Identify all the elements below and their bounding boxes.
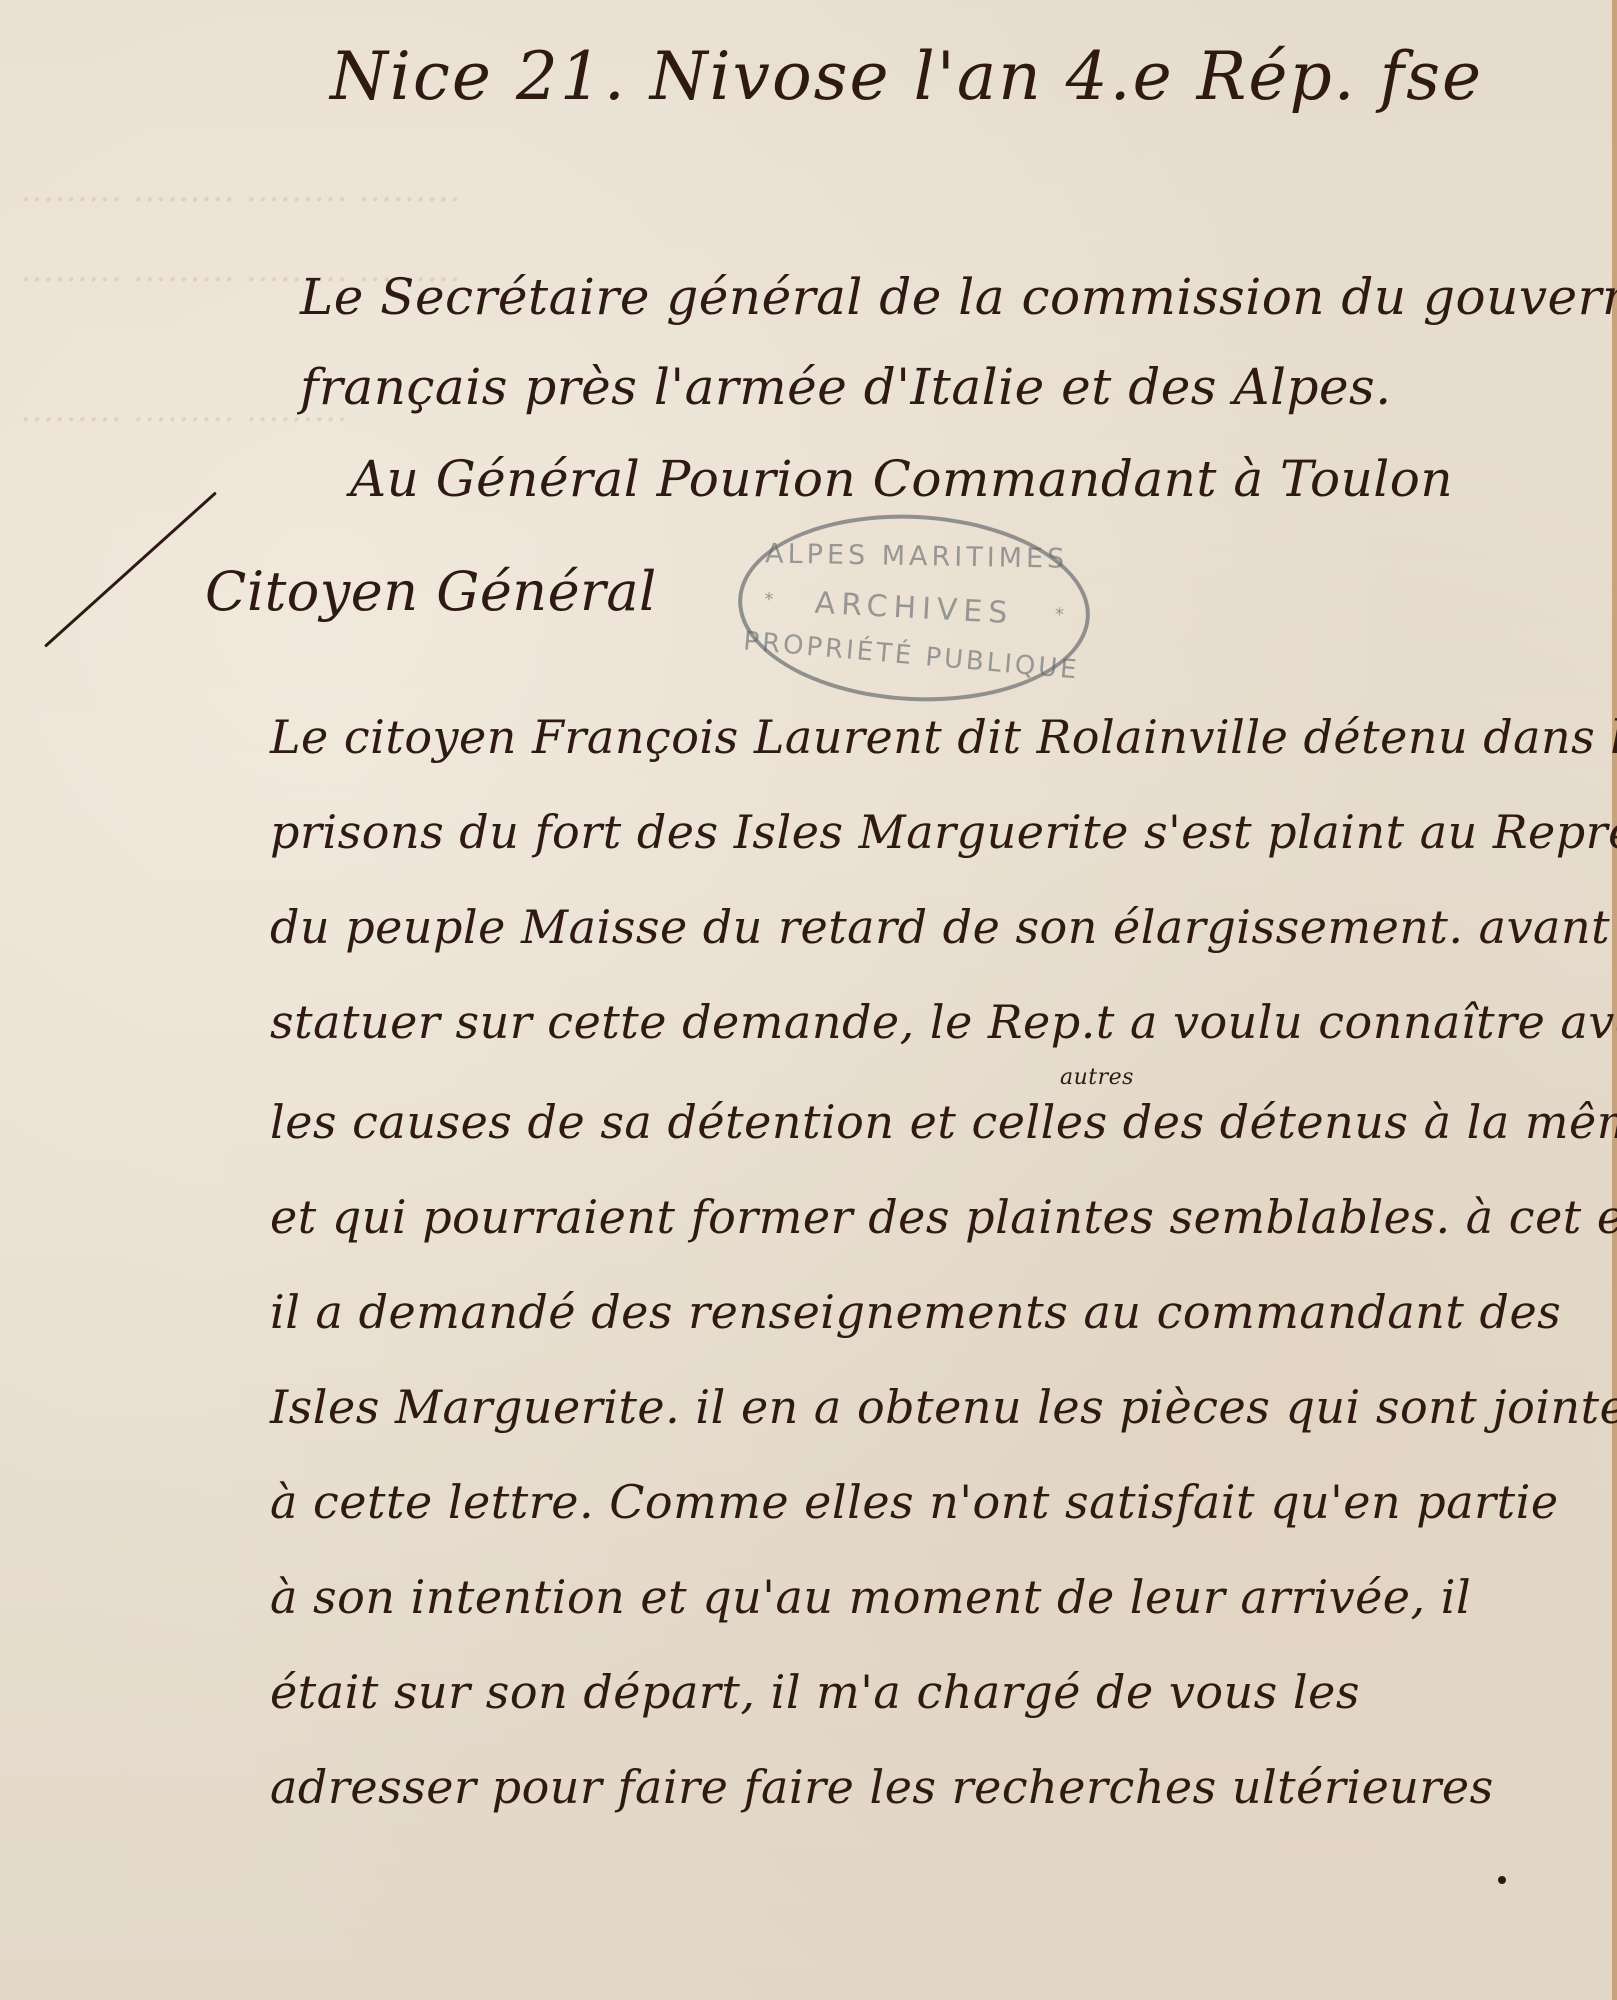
sender-line: Le Secrétaire général de la commission d… — [300, 268, 1617, 326]
body-line: prisons du fort des Isles Marguerite s'e… — [270, 805, 1617, 859]
body-line: les causes de sa détention et celles des… — [270, 1095, 1617, 1149]
dateline: Nice 21. Nivose l'an 4.e Rép. fse — [330, 38, 1483, 115]
body-line: était sur son départ, il m'a chargé de v… — [270, 1665, 1360, 1719]
letter-page: ……… ……… ……… ……… ……… ……… ……… ……… ……… ……… … — [0, 0, 1612, 2000]
body-line: et qui pourraient former des plaintes se… — [270, 1190, 1617, 1244]
body-line: Le citoyen François Laurent dit Rolainvi… — [270, 710, 1617, 764]
bleed-through-text: ……… ……… ……… — [20, 390, 348, 430]
body-line: à son intention et qu'au moment de leur … — [270, 1570, 1471, 1624]
body-line: à cette lettre. Comme elles n'ont satisf… — [270, 1475, 1559, 1529]
body-line: Isles Marguerite. il en a obtenu les piè… — [270, 1380, 1617, 1434]
margin-slash-mark — [44, 491, 217, 647]
bleed-through-text: ……… ……… ……… ……… — [20, 170, 460, 210]
body-line: du peuple Maisse du retard de son élargi… — [270, 900, 1617, 954]
stamp-star-icon: * — [1054, 604, 1064, 625]
sender-line-continued: français près l'armée d'Italie et des Al… — [300, 358, 1392, 416]
body-line: il a demandé des renseignements au comma… — [270, 1285, 1561, 1339]
archive-stamp: ALPES MARITIMES * ARCHIVES * PROPRIÉTÉ P… — [733, 506, 1094, 710]
recipient-line: Au Général Pourion Commandant à Toulon — [350, 450, 1453, 508]
stamp-archives: ARCHIVES — [741, 582, 1086, 635]
body-line: statuer sur cette demande, le Rep.t a vo… — [270, 995, 1617, 1049]
stamp-department: ALPES MARITIMES — [744, 538, 1088, 575]
stamp-property: PROPRIÉTÉ PUBLIQUE — [739, 626, 1084, 686]
interlinear-insertion: autres — [1060, 1065, 1134, 1090]
final-dot-mark — [1498, 1876, 1506, 1884]
salutation: Citoyen Général — [205, 560, 657, 623]
body-line-last: adresser pour faire faire les recherches… — [270, 1760, 1494, 1814]
